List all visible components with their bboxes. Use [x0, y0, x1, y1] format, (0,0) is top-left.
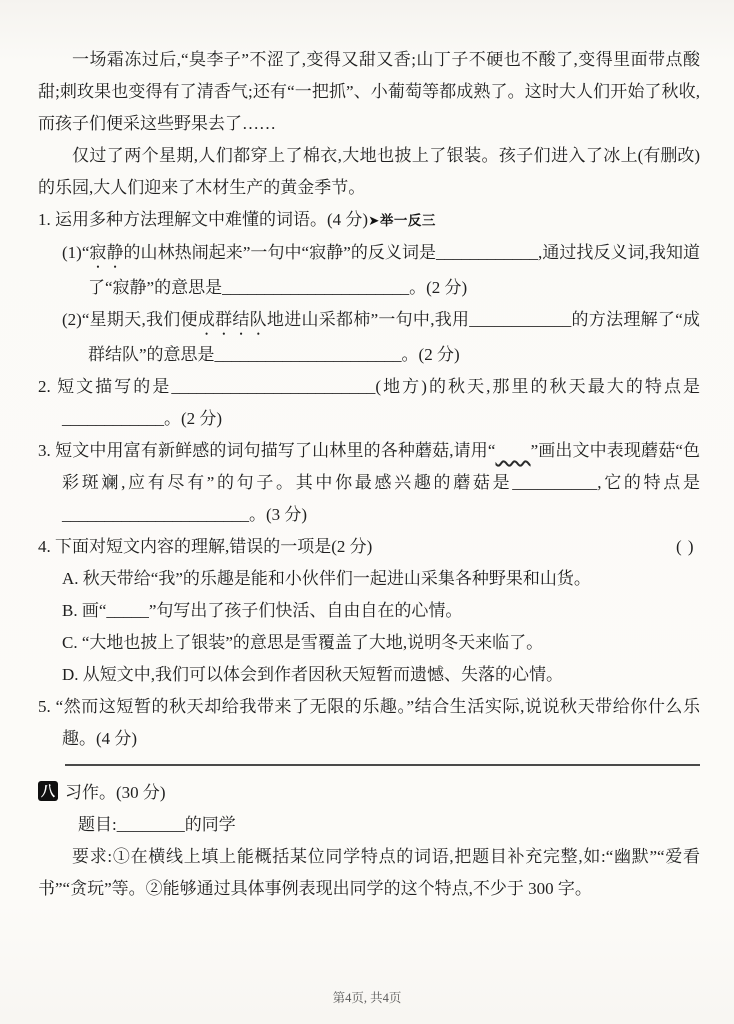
- question-1-sub-1: (1)“寂静的山林热闹起来”一句中“寂静”的反义词是____________,通…: [62, 237, 700, 304]
- question-4-option-c: C. “大地也披上了银装”的意思是雪覆盖了大地,说明冬天来临了。: [62, 627, 700, 659]
- question-1-sub-2-emphasized-word: 成群结队: [198, 310, 267, 329]
- question-1: 1. 运用多种方法理解文中难懂的词语。(4 分)➤举一反三: [38, 204, 700, 237]
- analogy-badge: ➤举一反三: [368, 213, 436, 228]
- section-divider: [65, 764, 700, 766]
- question-4-option-b: B. 画“_____”句写出了孩子们快活、自由自在的心情。: [62, 595, 700, 627]
- passage-paragraph-1: 一场霜冻过后,“臭李子”不涩了,变得又甜又香;山丁子不硬也不酸了,变得里面带点酸…: [38, 44, 700, 140]
- question-3: 3. 短文中用富有新鲜感的词句描写了山林里的各种蘑菇,请用“ ”画出文中表现蘑菇…: [38, 435, 700, 531]
- question-1-sub-1-pre: (1)“: [62, 243, 89, 262]
- option-a-label: A.: [62, 569, 79, 588]
- option-a-text: 秋天带给“我”的乐趣是能和小伙伴们一起进山采集各种野果和山货。: [83, 569, 591, 588]
- reading-passage: 一场霜冻过后,“臭李子”不涩了,变得又甜又香;山丁子不硬也不酸了,变得里面带点酸…: [38, 44, 700, 204]
- question-4-option-a: A. 秋天带给“我”的乐趣是能和小伙伴们一起进山采集各种野果和山货。: [62, 563, 700, 595]
- question-1-sub-1-text: 的山林热闹起来”一句中“寂静”的反义词是____________,通过找反义词,…: [88, 243, 700, 297]
- composition-requirements: 要求:①在横线上填上能概括某位同学特点的词语,把题目补充完整,如:“幽默”“爱看…: [38, 841, 700, 905]
- section-8-title: 习作。(30 分): [65, 783, 166, 802]
- question-4-option-d: D. 从短文中,我们可以体会到作者因秋天短暂而遗憾、失落的心情。: [62, 659, 700, 691]
- exam-page: 一场霜冻过后,“臭李子”不涩了,变得又甜又香;山丁子不硬也不酸了,变得里面带点酸…: [0, 0, 734, 1024]
- composition-topic-line: 题目:________的同学: [78, 809, 700, 841]
- passage-edit-note: (有删改): [638, 140, 700, 172]
- section-8-heading: 八习作。(30 分): [38, 777, 700, 809]
- option-d-text: 从短文中,我们可以体会到作者因秋天短暂而遗憾、失落的心情。: [83, 665, 563, 684]
- question-5: 5. “然而这短暂的秋天却给我带来了无限的乐趣。”结合生活实际,说说秋天带给你什…: [38, 691, 700, 755]
- passage-paragraph-2-text: 仅过了两个星期,人们都穿上了棉衣,大地也披上了银装。孩子们进入了冰上的乐园,大人…: [38, 146, 638, 197]
- question-4-number: 4.: [38, 537, 51, 556]
- option-c-label: C.: [62, 633, 78, 652]
- passage-paragraph-2: (有删改)仅过了两个星期,人们都穿上了棉衣,大地也披上了银装。孩子们进入了冰上的…: [38, 140, 700, 204]
- question-5-number: 5.: [38, 697, 51, 716]
- question-1-sub-2: (2)“星期天,我们便成群结队地进山采都柿”一句中,我用____________…: [62, 304, 700, 371]
- option-c-text: “大地也披上了银装”的意思是雪覆盖了大地,说明冬天来临了。: [82, 633, 543, 652]
- question-2-stem: 短文描写的是________________________(地方)的秋天,那里…: [57, 377, 700, 428]
- option-b-label: B.: [62, 601, 78, 620]
- wavy-underline-mark: [495, 441, 530, 460]
- option-d-label: D.: [62, 665, 79, 684]
- section-8-number-badge: 八: [38, 781, 58, 801]
- question-4-stem: 下面对短文内容的理解,错误的一项是(2 分): [55, 537, 372, 556]
- question-5-stem: “然而这短暂的秋天却给我带来了无限的乐趣。”结合生活实际,说说秋天带给你什么乐趣…: [56, 697, 700, 748]
- question-1-stem: 运用多种方法理解文中难懂的词语。(4 分): [55, 210, 368, 229]
- question-2: 2. 短文描写的是________________________(地方)的秋天…: [38, 371, 700, 435]
- question-3-number: 3.: [38, 441, 51, 460]
- question-3-pre: 短文中用富有新鲜感的词句描写了山林里的各种蘑菇,请用“: [55, 441, 495, 460]
- question-4: ( )4. 下面对短文内容的理解,错误的一项是(2 分): [38, 531, 700, 563]
- question-1-number: 1.: [38, 210, 51, 229]
- question-1-sub-2-pre: (2)“星期天,我们便: [62, 310, 198, 329]
- option-b-text: 画“_____”句写出了孩子们快活、自由自在的心情。: [82, 601, 463, 620]
- question-1-sub-1-emphasized-word: 寂静: [89, 243, 123, 262]
- page-footer: 第4页, 共4页: [0, 990, 734, 1006]
- question-2-number: 2.: [38, 377, 51, 396]
